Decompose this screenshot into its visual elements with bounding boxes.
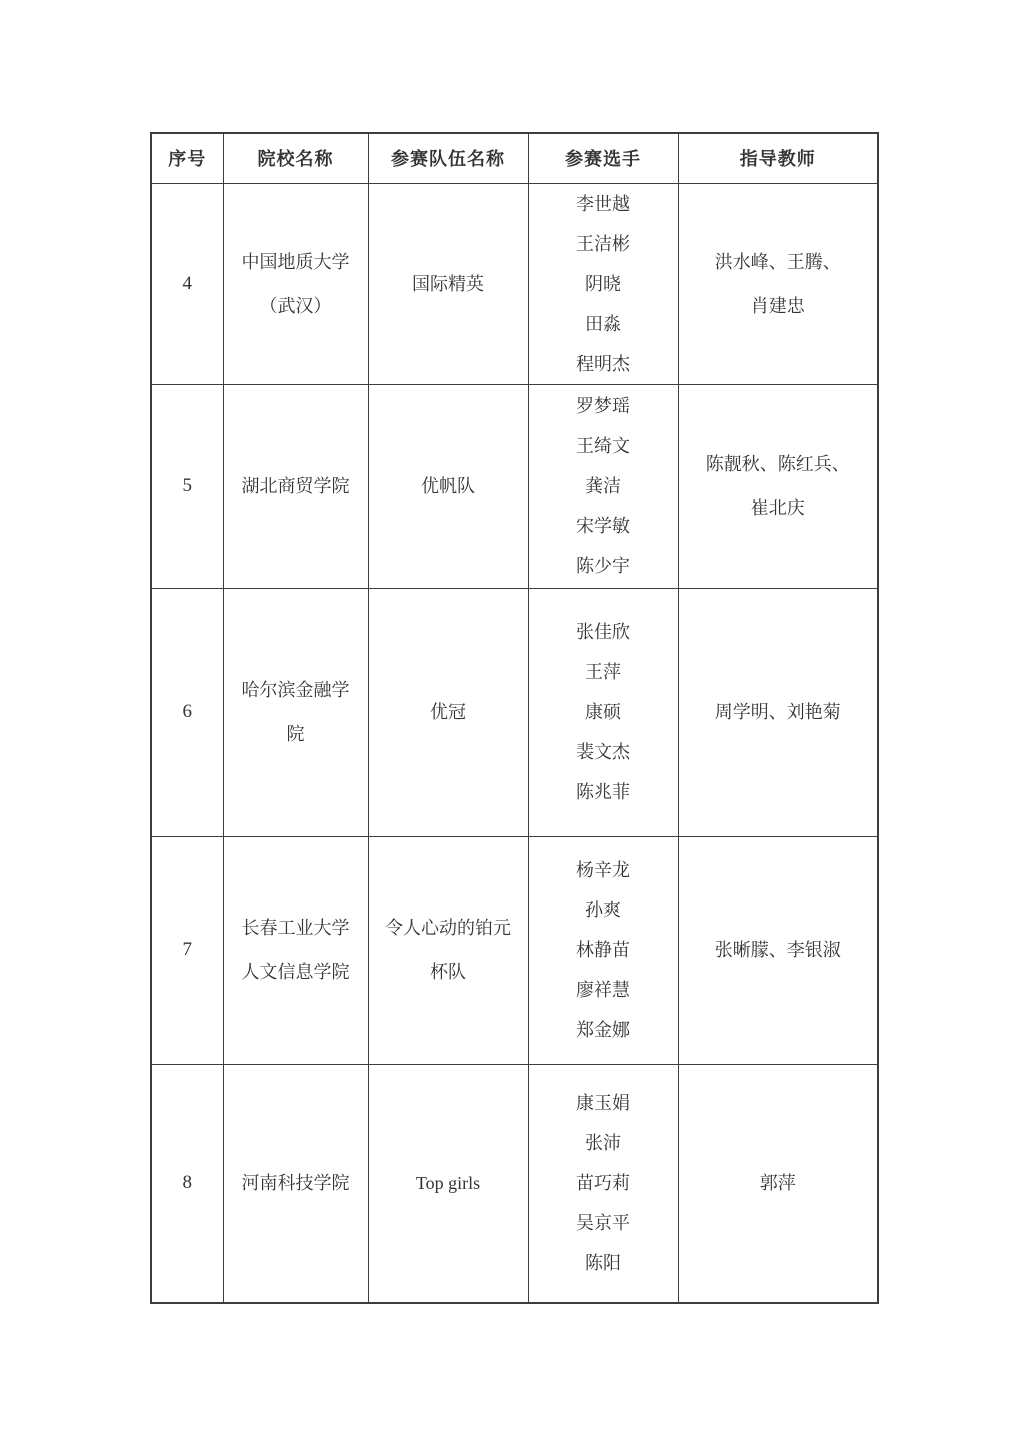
- players-cell: 杨辛龙 孙爽 林静苗 廖祥慧 郑金娜: [528, 836, 678, 1064]
- advisors-cell: 洪水峰、王腾、 肖建忠: [678, 183, 878, 384]
- school-name-cell: 哈尔滨金融学 院: [223, 588, 368, 836]
- header-serial-number: 序号: [151, 133, 223, 183]
- table-header-row: 序号 院校名称 参赛队伍名称 参赛选手 指导教师: [151, 133, 878, 183]
- team-name-cell: 优冠: [368, 588, 528, 836]
- advisors-cell: 周学明、刘艳菊: [678, 588, 878, 836]
- advisors-cell: 张晰朦、李银淑: [678, 836, 878, 1064]
- team-name-cell: 令人心动的铂元 杯队: [368, 836, 528, 1064]
- document-page: 序号 院校名称 参赛队伍名称 参赛选手 指导教师 4 中国地质大学 （武汉） 国…: [0, 0, 1024, 1448]
- advisors-cell: 陈靓秋、陈红兵、 崔北庆: [678, 384, 878, 588]
- serial-number-cell: 5: [151, 384, 223, 588]
- school-name-cell: 长春工业大学 人文信息学院: [223, 836, 368, 1064]
- team-name-cell: 优帆队: [368, 384, 528, 588]
- table-row: 8 河南科技学院 Top girls 康玉娟 张沛 苗巧莉 吴京平 陈阳 郭萍: [151, 1064, 878, 1303]
- team-name-cell: Top girls: [368, 1064, 528, 1303]
- header-team-name: 参赛队伍名称: [368, 133, 528, 183]
- serial-number-cell: 6: [151, 588, 223, 836]
- serial-number-cell: 7: [151, 836, 223, 1064]
- header-advisors: 指导教师: [678, 133, 878, 183]
- school-name-cell: 中国地质大学 （武汉）: [223, 183, 368, 384]
- contest-roster-table: 序号 院校名称 参赛队伍名称 参赛选手 指导教师 4 中国地质大学 （武汉） 国…: [150, 132, 879, 1304]
- team-name-cell: 国际精英: [368, 183, 528, 384]
- table-row: 4 中国地质大学 （武汉） 国际精英 李世越 王洁彬 阴晓 田淼 程明杰 洪水峰…: [151, 183, 878, 384]
- advisors-cell: 郭萍: [678, 1064, 878, 1303]
- table-row: 7 长春工业大学 人文信息学院 令人心动的铂元 杯队 杨辛龙 孙爽 林静苗 廖祥…: [151, 836, 878, 1064]
- players-cell: 罗梦瑶 王绮文 龚洁 宋学敏 陈少宇: [528, 384, 678, 588]
- header-school-name: 院校名称: [223, 133, 368, 183]
- header-players: 参赛选手: [528, 133, 678, 183]
- serial-number-cell: 4: [151, 183, 223, 384]
- players-cell: 李世越 王洁彬 阴晓 田淼 程明杰: [528, 183, 678, 384]
- table-row: 6 哈尔滨金融学 院 优冠 张佳欣 王萍 康硕 裴文杰 陈兆菲 周学明、刘艳菊: [151, 588, 878, 836]
- school-name-cell: 河南科技学院: [223, 1064, 368, 1303]
- players-cell: 康玉娟 张沛 苗巧莉 吴京平 陈阳: [528, 1064, 678, 1303]
- players-cell: 张佳欣 王萍 康硕 裴文杰 陈兆菲: [528, 588, 678, 836]
- table-row: 5 湖北商贸学院 优帆队 罗梦瑶 王绮文 龚洁 宋学敏 陈少宇 陈靓秋、陈红兵、…: [151, 384, 878, 588]
- serial-number-cell: 8: [151, 1064, 223, 1303]
- school-name-cell: 湖北商贸学院: [223, 384, 368, 588]
